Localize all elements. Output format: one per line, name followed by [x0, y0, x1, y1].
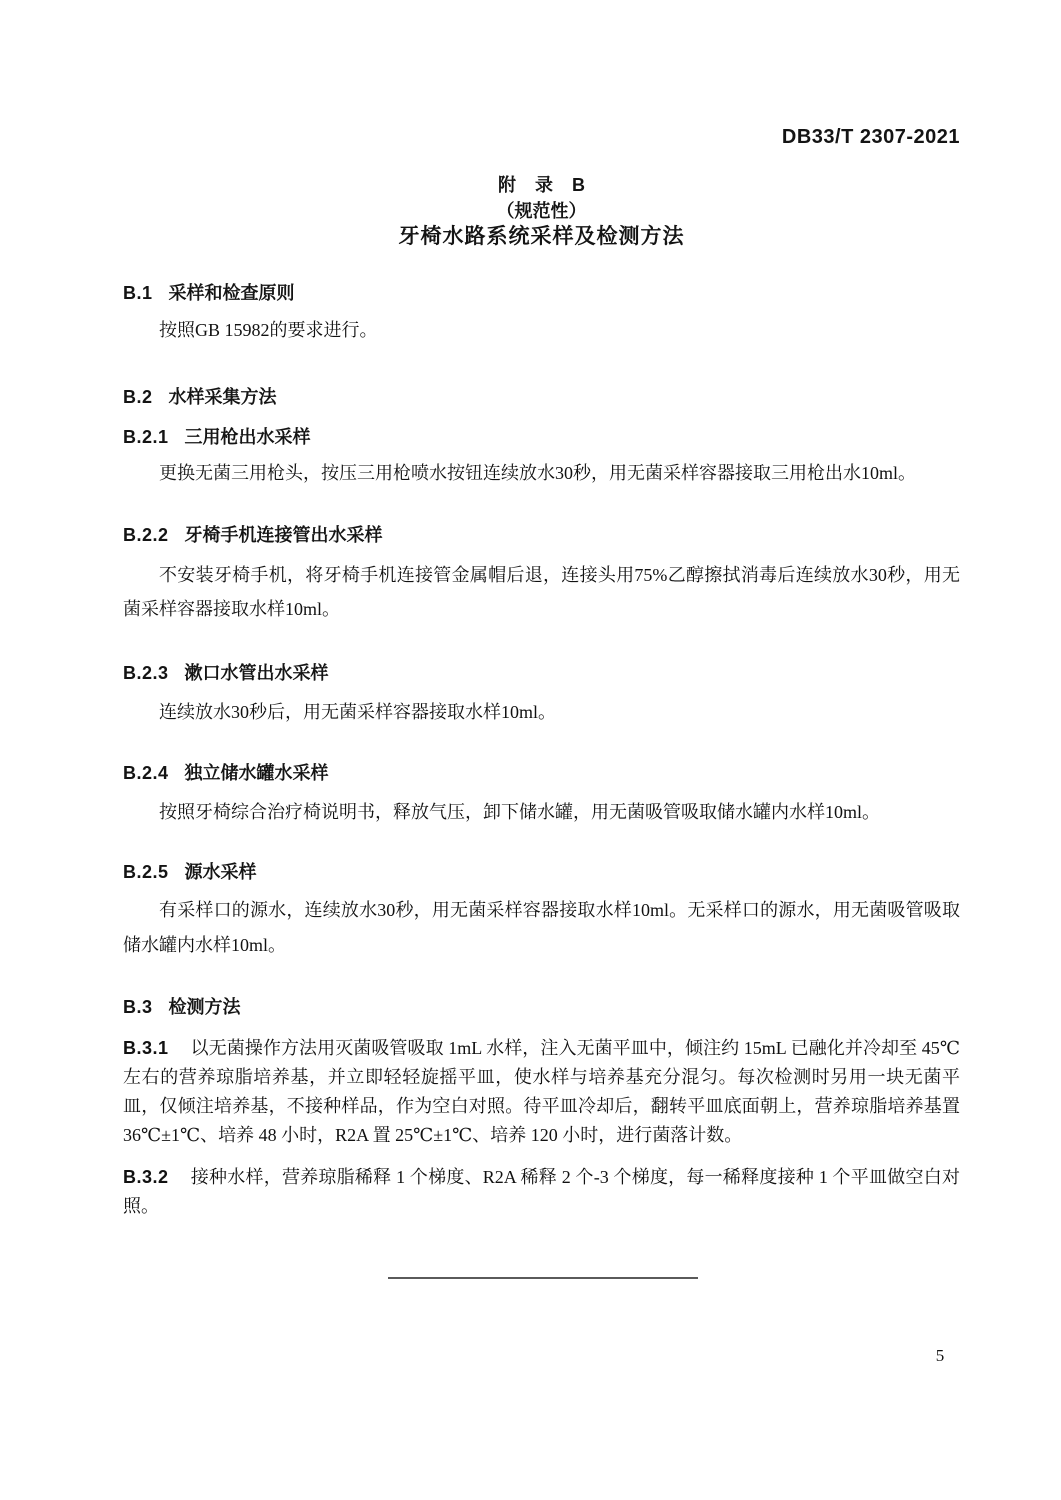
section-number: B.2: [123, 387, 153, 407]
page-number: 5: [920, 1346, 960, 1366]
document-page: DB33/T 2307-2021 附 录 B （规范性） 牙椅水路系统采样及检测…: [0, 0, 1061, 1500]
paragraph-b24: 按照牙椅综合治疗椅说明书，释放气压，卸下储水罐，用无菌吸管吸取储水罐内水样10m…: [123, 795, 960, 829]
section-heading-text: 独立储水罐水采样: [185, 763, 329, 783]
clause-text: 接种水样，营养琼脂稀释 1 个梯度、R2A 稀释 2 个-3 个梯度，每一稀释度…: [123, 1167, 960, 1216]
clause-text: 以无菌操作方法用灭菌吸管吸取 1mL 水样，注入无菌平皿中，倾注约 15mL 已…: [123, 1038, 960, 1145]
section-heading-b21: B.2.1三用枪出水采样: [123, 425, 960, 449]
clause-number: B.3.2: [123, 1167, 169, 1187]
appendix-subject-title: 牙椅水路系统采样及检测方法: [123, 222, 960, 252]
section-number: B.2.2: [123, 525, 169, 545]
section-heading-b23: B.2.3漱口水管出水采样: [123, 661, 960, 685]
doc-code: DB33/T 2307-2021: [782, 124, 960, 150]
paragraph-b1: 按照GB 15982的要求进行。: [123, 313, 960, 347]
section-heading-b22: B.2.2牙椅手机连接管出水采样: [123, 523, 960, 547]
paragraph-b25: 有采样口的源水，连续放水30秒，用无菌采样容器接取水样10ml。无采样口的源水，…: [123, 893, 960, 963]
section-number: B.1: [123, 283, 153, 303]
section-heading-b3: B.3检测方法: [123, 995, 960, 1019]
section-heading-text: 牙椅手机连接管出水采样: [185, 525, 383, 545]
section-heading-b1: B.1采样和检查原则: [123, 281, 960, 305]
clause-b31: B.3.1以无菌操作方法用灭菌吸管吸取 1mL 水样，注入无菌平皿中，倾注约 1…: [123, 1034, 960, 1150]
paragraph-b22: 不安装牙椅手机，将牙椅手机连接管金属帽后退，连接头用75%乙醇擦拭消毒后连续放水…: [123, 558, 960, 626]
appendix-title: 附 录 B: [123, 172, 960, 198]
clause-number: B.3.1: [123, 1038, 169, 1058]
section-heading-text: 采样和检查原则: [169, 283, 295, 303]
clause-b32: B.3.2接种水样，营养琼脂稀释 1 个梯度、R2A 稀释 2 个-3 个梯度，…: [123, 1163, 960, 1221]
section-number: B.2.3: [123, 663, 169, 683]
section-heading-text: 检测方法: [169, 997, 241, 1017]
section-heading-b2: B.2水样采集方法: [123, 385, 960, 409]
section-heading-text: 水样采集方法: [169, 387, 277, 407]
appendix-normative-label: （规范性）: [123, 198, 960, 224]
section-heading-b25: B.2.5源水采样: [123, 860, 960, 884]
section-heading-text: 漱口水管出水采样: [185, 663, 329, 683]
section-number: B.3: [123, 997, 153, 1017]
section-number: B.2.1: [123, 427, 169, 447]
footer-divider: [388, 1277, 698, 1279]
section-heading-text: 源水采样: [185, 862, 257, 882]
paragraph-b21: 更换无菌三用枪头，按压三用枪喷水按钮连续放水30秒，用无菌采样容器接取三用枪出水…: [123, 456, 960, 490]
paragraph-b23: 连续放水30秒后，用无菌采样容器接取水样10ml。: [123, 695, 960, 729]
section-heading-b24: B.2.4独立储水罐水采样: [123, 761, 960, 785]
section-heading-text: 三用枪出水采样: [185, 427, 311, 447]
section-number: B.2.5: [123, 862, 169, 882]
section-number: B.2.4: [123, 763, 169, 783]
